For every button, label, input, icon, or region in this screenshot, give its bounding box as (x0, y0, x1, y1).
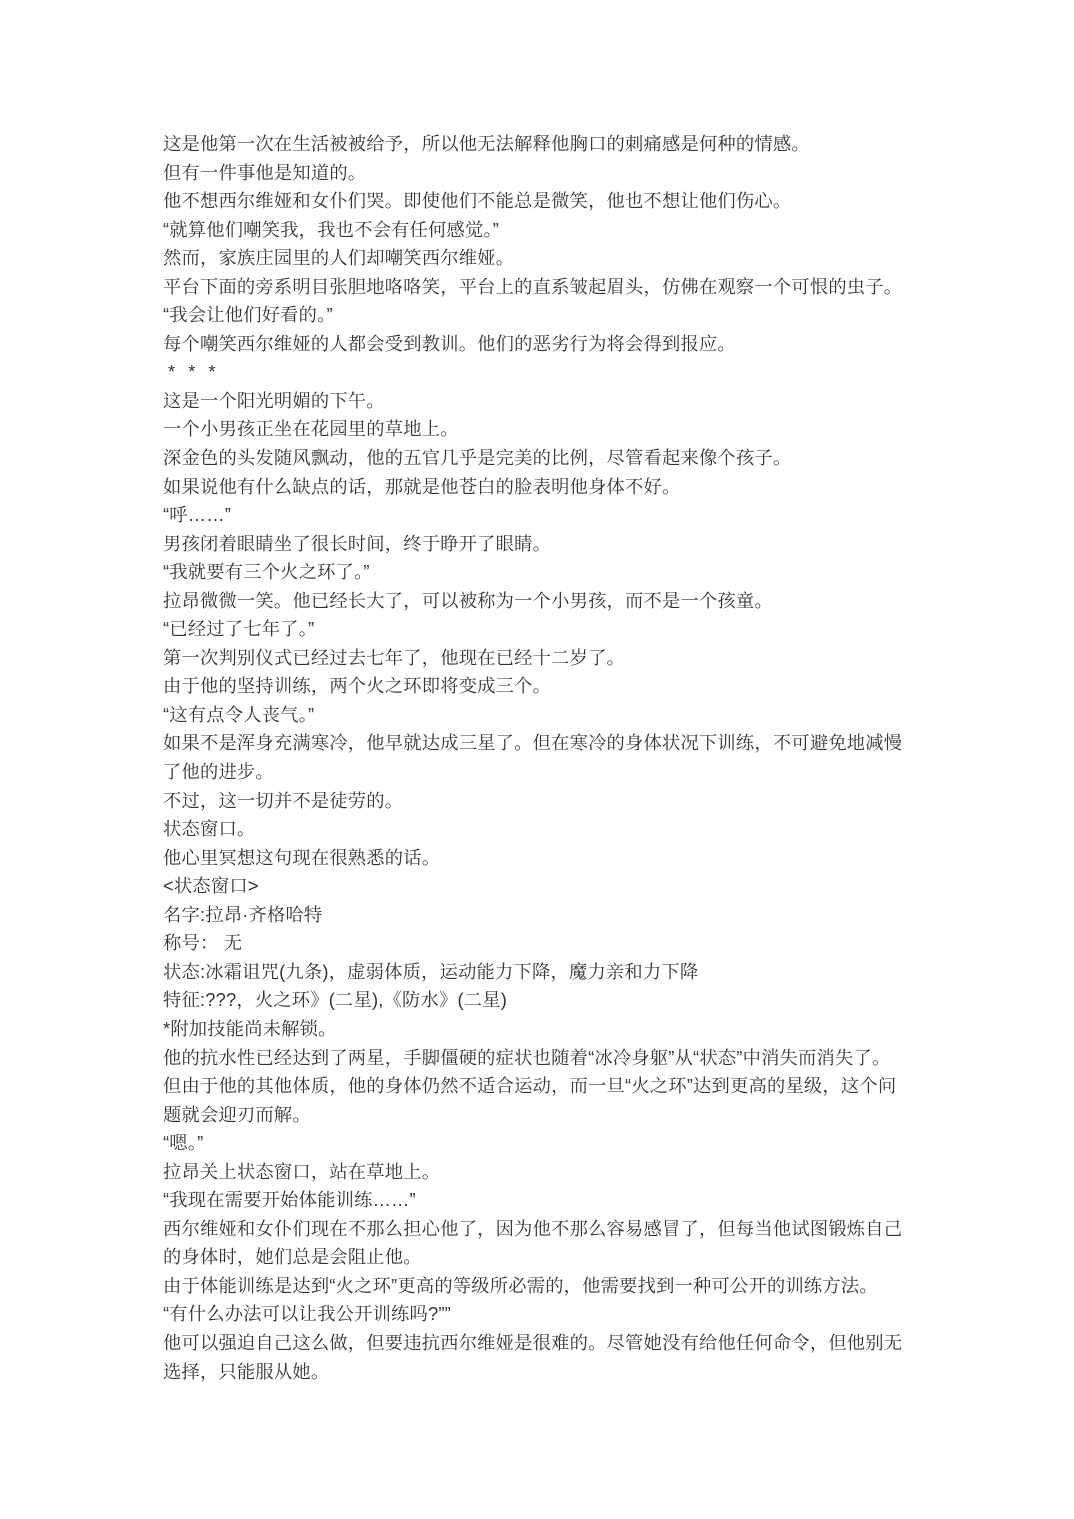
text-line: 的身体时，她们总是会阻止他。 (163, 1243, 933, 1272)
text-line: 了他的进步。 (163, 758, 933, 787)
text-line: 他心里冥想这句现在很熟悉的话。 (163, 844, 933, 873)
text-line: 但由于他的其他体质，他的身体仍然不适合运动，而一旦“火之环”达到更高的星级，这个… (163, 1072, 933, 1101)
text-line: 第一次判别仪式已经过去七年了，他现在已经十二岁了。 (163, 644, 933, 673)
text-content: 这是他第一次在生活被被给予，所以他无法解释他胸口的刺痛感是何种的情感。但有一件事… (163, 130, 933, 1386)
text-line: *附加技能尚未解锁。 (163, 1015, 933, 1044)
text-line: 他不想西尔维娅和女仆们哭。即使他们不能总是微笑，他也不想让他们伤心。 (163, 187, 933, 216)
text-line: <状态窗口> (163, 872, 933, 901)
text-line: 由于他的坚持训练，两个火之环即将变成三个。 (163, 672, 933, 701)
scene-separator: * * * (163, 358, 933, 387)
text-line: “已经过了七年了。” (163, 615, 933, 644)
text-line: 由于体能训练是达到“火之环”更高的等级所必需的，他需要找到一种可公开的训练方法。 (163, 1272, 933, 1301)
text-line: 他的抗水性已经达到了两星，手脚僵硬的症状也随着“冰冷身躯”从“状态”中消失而消失… (163, 1044, 933, 1073)
text-line: “这有点令人丧气。” (163, 701, 933, 730)
text-line: 这是他第一次在生活被被给予，所以他无法解释他胸口的刺痛感是何种的情感。 (163, 130, 933, 159)
text-line: 拉昂微微一笑。他已经长大了，可以被称为一个小男孩，而不是一个孩童。 (163, 587, 933, 616)
text-line: 选择，只能服从她。 (163, 1358, 933, 1387)
text-line: “我会让他们好看的。” (163, 301, 933, 330)
text-line: “我现在需要开始体能训练……” (163, 1186, 933, 1215)
text-line: “就算他们嘲笑我，我也不会有任何感觉。” (163, 216, 933, 245)
document-page: 这是他第一次在生活被被给予，所以他无法解释他胸口的刺痛感是何种的情感。但有一件事… (0, 0, 1074, 1519)
text-line: 他可以强迫自己这么做，但要违抗西尔维娅是很难的。尽管她没有给他任何命令，但他别无 (163, 1329, 933, 1358)
text-line: 男孩闭着眼睛坐了很长时间，终于睁开了眼睛。 (163, 530, 933, 559)
text-line: 平台下面的旁系明目张胆地咯咯笑，平台上的直系皱起眉头，仿佛在观察一个可恨的虫子。 (163, 273, 933, 302)
text-line: 如果说他有什么缺点的话，那就是他苍白的脸表明他身体不好。 (163, 473, 933, 502)
text-line: 如果不是浑身充满寒冷，他早就达成三星了。但在寒冷的身体状况下训练，不可避免地减慢 (163, 729, 933, 758)
text-line: 一个小男孩正坐在花园里的草地上。 (163, 415, 933, 444)
text-line: 但有一件事他是知道的。 (163, 159, 933, 188)
text-line: 西尔维娅和女仆们现在不那么担心他了，因为他不那么容易感冒了，但每当他试图锻炼自己 (163, 1215, 933, 1244)
text-line: 状态窗口。 (163, 815, 933, 844)
text-line: 拉昂关上状态窗口，站在草地上。 (163, 1158, 933, 1187)
text-line: 题就会迎刃而解。 (163, 1101, 933, 1130)
text-line: 不过，这一切并不是徒劳的。 (163, 787, 933, 816)
text-line: 这是一个阳光明媚的下午。 (163, 387, 933, 416)
text-line: 然而，家族庄园里的人们却嘲笑西尔维娅。 (163, 244, 933, 273)
text-line: 状态:冰霜诅咒(九条)，虚弱体质，运动能力下降，魔力亲和力下降 (163, 958, 933, 987)
text-line: “呼……” (163, 501, 933, 530)
text-line: “我就要有三个火之环了。” (163, 558, 933, 587)
text-line: “有什么办法可以让我公开训练吗?”” (163, 1300, 933, 1329)
text-line: 特征:???，火之环》(二星),《防水》(二星) (163, 986, 933, 1015)
text-line: 每个嘲笑西尔维娅的人都会受到教训。他们的恶劣行为将会得到报应。 (163, 330, 933, 359)
text-line: “嗯。” (163, 1129, 933, 1158)
text-line: 名字:拉昂·齐格哈特 (163, 901, 933, 930)
text-line: 深金色的头发随风飘动，他的五官几乎是完美的比例，尽管看起来像个孩子。 (163, 444, 933, 473)
text-line: 称号： 无 (163, 929, 933, 958)
